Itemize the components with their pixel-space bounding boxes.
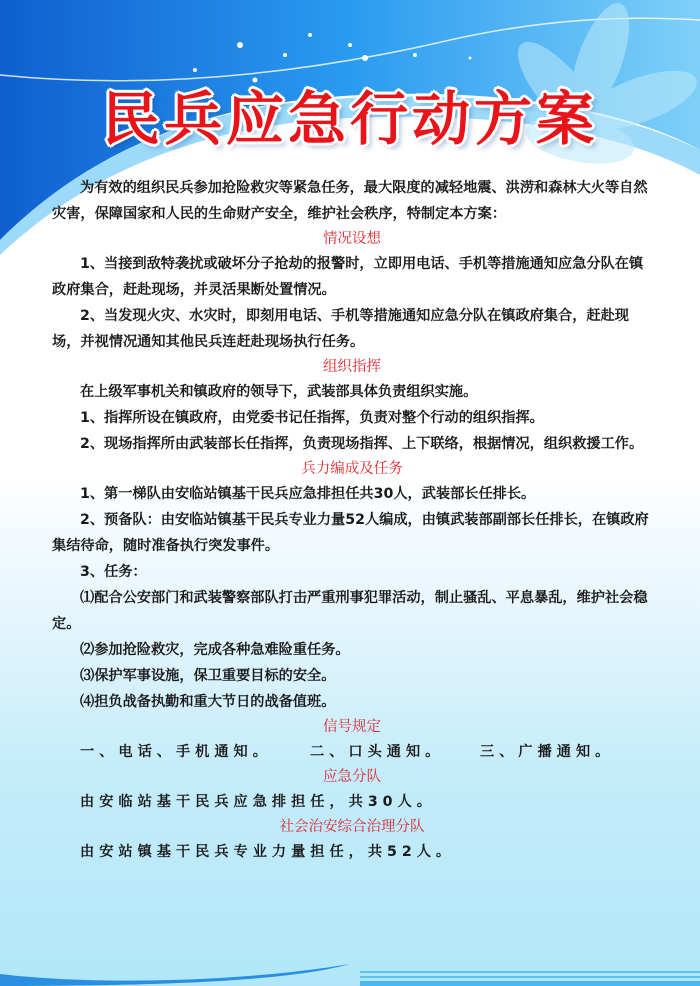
task-item: ⑶保护军事设施，保卫重要目标的安全。 <box>52 663 652 689</box>
section-heading-situation: 情况设想 <box>52 227 652 251</box>
forces-item: 3、任务： <box>52 559 652 585</box>
situation-item: 1、当接到敌特袭扰或破坏分子抢劫的报警时，立即用电话、手机等措施通知应急分队在镇… <box>52 251 652 303</box>
section-heading-security-unit: 社会治安综合治理分队 <box>52 815 652 839</box>
signal-item: 二、口头通知。 <box>310 739 480 765</box>
page-title: 民兵应急行动方案 <box>0 72 700 156</box>
intro-paragraph: 为有效的组织民兵参加抢险救灾等紧急任务，最大限度的减轻地震、洪涝和森林大火等自然… <box>52 175 652 227</box>
command-item: 2、现场指挥所由武装部长任指挥，负责现场指挥、上下联络，根据情况，组织救援工作。 <box>52 431 652 457</box>
security-unit-text: 由安站镇基干民兵专业力量担任，共52人。 <box>52 839 652 865</box>
command-item: 1、指挥所设在镇政府，由党委书记任指挥，负责对整个行动的组织指挥。 <box>52 405 652 431</box>
forces-item: 1、第一梯队由安临站镇基干民兵应急排担任共30人，武装部长任排长。 <box>52 481 652 507</box>
task-item: ⑴配合公安部门和武装警察部队打击严重刑事犯罪活动，制止骚乱、平息暴乱，维护社会稳… <box>52 585 652 637</box>
section-heading-command: 组织指挥 <box>52 355 652 379</box>
footer-background <box>0 926 700 986</box>
task-item: ⑷担负战备执勤和重大节日的战备值班。 <box>52 689 652 715</box>
task-item: ⑵参加抢险救灾，完成各种急难险重任务。 <box>52 637 652 663</box>
section-heading-signals: 信号规定 <box>52 715 652 739</box>
section-heading-emergency-unit: 应急分队 <box>52 765 652 789</box>
signal-item: 三、广播通知。 <box>480 739 614 765</box>
situation-item: 2、当发现火灾、水灾时，即刻用电话、手机等措施通知应急分队在镇政府集合，赶赴现场… <box>52 303 652 355</box>
command-item: 在上级军事机关和镇政府的领导下，武装部具体负责组织实施。 <box>52 379 652 405</box>
emergency-unit-text: 由安临站基干民兵应急排担任，共30人。 <box>52 789 652 815</box>
content-body: 为有效的组织民兵参加抢险救灾等紧急任务，最大限度的减轻地震、洪涝和森林大火等自然… <box>52 175 652 865</box>
section-heading-forces: 兵力编成及任务 <box>52 457 652 481</box>
signal-item: 一、电话、手机通知。 <box>80 739 310 765</box>
signals-list: 一、电话、手机通知。 二、口头通知。 三、广播通知。 <box>52 739 652 765</box>
forces-item: 2、预备队：由安临站镇基干民兵专业力量52人编成，由镇武装部副部长任排长，在镇政… <box>52 507 652 559</box>
